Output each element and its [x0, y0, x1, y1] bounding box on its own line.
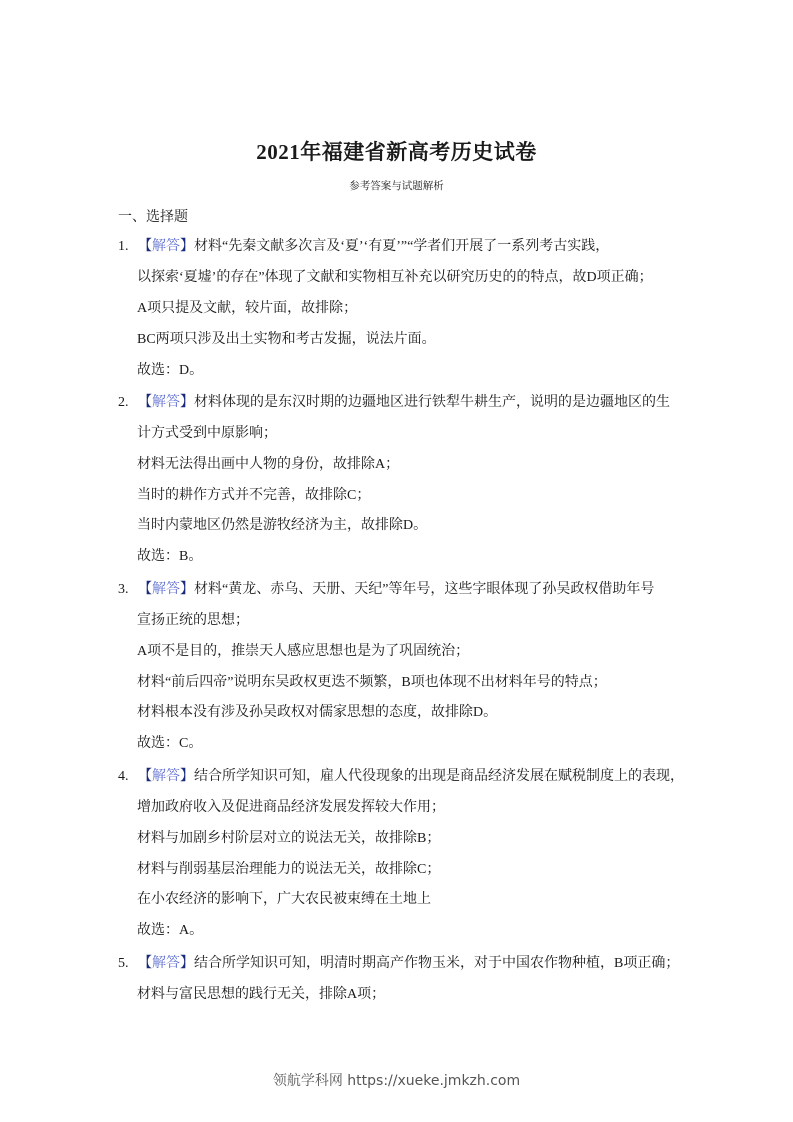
answer-line: 材料与富民思想的践行无关，排除A项；: [137, 986, 385, 1004]
question-number: 3.: [118, 581, 138, 599]
answer-line: A项只提及文献，较片面，故排除；: [137, 300, 357, 318]
answer-line: 计方式受到中原影响；: [137, 425, 277, 443]
answer-line: A项不是目的，推崇天人感应思想也是为了巩固统治；: [137, 643, 469, 661]
question-3-header: 3.【解答】材料“黄龙、赤乌、天册、天纪”等年号，这些字眼体现了孙吴政权借助年号: [118, 581, 654, 599]
question-4-header: 4.【解答】结合所学知识可知，雇人代役现象的出现是商品经济发展在赋税制度上的表现…: [118, 768, 684, 786]
answer-tag-close: 】: [180, 956, 194, 971]
answer-tag-label: 解答: [152, 582, 180, 597]
footer-watermark: 领航学科网 https://xueke.jmkzh.com: [0, 1070, 793, 1090]
answer-choice: 故选：D。: [137, 362, 203, 380]
answer-line: 当时的耕作方式并不完善，故排除C；: [137, 487, 370, 505]
question-text: 结合所学知识可知，明清时期高产作物玉米，对于中国农作物种植，B项正确；: [194, 956, 679, 971]
answer-tag-open: 【: [138, 395, 152, 410]
question-5-header: 5.【解答】结合所学知识可知，明清时期高产作物玉米，对于中国农作物种植，B项正确…: [118, 955, 679, 973]
question-number: 2.: [118, 394, 138, 412]
question-1-header: 1.【解答】材料“先秦文献多次言及‘夏’‘有夏’”“学者们开展了一系列考古实践，: [118, 238, 609, 256]
answer-tag-open: 【: [138, 956, 152, 971]
answer-tag-close: 】: [180, 769, 194, 784]
question-number: 5.: [118, 955, 138, 973]
answer-line: 材料与加剧乡村阶层对立的说法无关，故排除B；: [137, 830, 440, 848]
answer-tag-close: 】: [180, 395, 194, 410]
answer-tag-open: 【: [138, 769, 152, 784]
answer-line: 材料无法得出画中人物的身份，故排除A；: [137, 456, 399, 474]
answer-choice: 故选：C。: [137, 735, 202, 753]
answer-tag-label: 解答: [152, 956, 180, 971]
answer-line: 材料“前后四帝”说明东吴政权更迭不频繁，B项也体现不出材料年号的特点；: [137, 674, 607, 692]
answer-tag-open: 【: [138, 239, 152, 254]
page-subtitle: 参考答案与试题解析: [0, 178, 793, 193]
answer-line: 在小农经济的影响下，广大农民被束缚在土地上: [137, 891, 431, 909]
question-number: 4.: [118, 768, 138, 786]
answer-line: 以探索‘夏墟’的存在”体现了文献和实物相互补充以研究历史的的特点，故D项正确；: [137, 269, 653, 287]
answer-tag-label: 解答: [152, 769, 180, 784]
answer-line: 增加政府收入及促进商品经济发展发挥较大作用；: [137, 799, 445, 817]
answer-line: 材料与削弱基层治理能力的说法无关，故排除C；: [137, 861, 440, 879]
answer-choice: 故选：B。: [137, 548, 202, 566]
answer-line: 材料根本没有涉及孙吴政权对儒家思想的态度，故排除D。: [137, 704, 497, 722]
question-text: 结合所学知识可知，雇人代役现象的出现是商品经济发展在赋税制度上的表现，: [194, 769, 684, 784]
answer-line: 当时内蒙地区仍然是游牧经济为主，故排除D。: [137, 517, 427, 535]
answer-choice: 故选：A。: [137, 922, 203, 940]
answer-tag-close: 】: [180, 239, 194, 254]
answer-tag-label: 解答: [152, 395, 180, 410]
question-text: 材料“先秦文献多次言及‘夏’‘有夏’”“学者们开展了一系列考古实践，: [194, 239, 609, 254]
page-title: 2021年福建省新高考历史试卷: [0, 136, 793, 166]
question-text: 材料“黄龙、赤乌、天册、天纪”等年号，这些字眼体现了孙吴政权借助年号: [194, 582, 654, 597]
answer-line: BC两项只涉及出土实物和考古发掘，说法片面。: [137, 331, 436, 349]
answer-line: 宣扬正统的思想；: [137, 612, 249, 630]
answer-tag-label: 解答: [152, 239, 180, 254]
question-2-header: 2.【解答】材料体现的是东汉时期的边疆地区进行铁犁牛耕生产，说明的是边疆地区的生: [118, 394, 670, 412]
answer-tag-open: 【: [138, 582, 152, 597]
section-heading: 一、选择题: [118, 206, 188, 226]
question-number: 1.: [118, 238, 138, 256]
answer-tag-close: 】: [180, 582, 194, 597]
question-text: 材料体现的是东汉时期的边疆地区进行铁犁牛耕生产，说明的是边疆地区的生: [194, 395, 670, 410]
